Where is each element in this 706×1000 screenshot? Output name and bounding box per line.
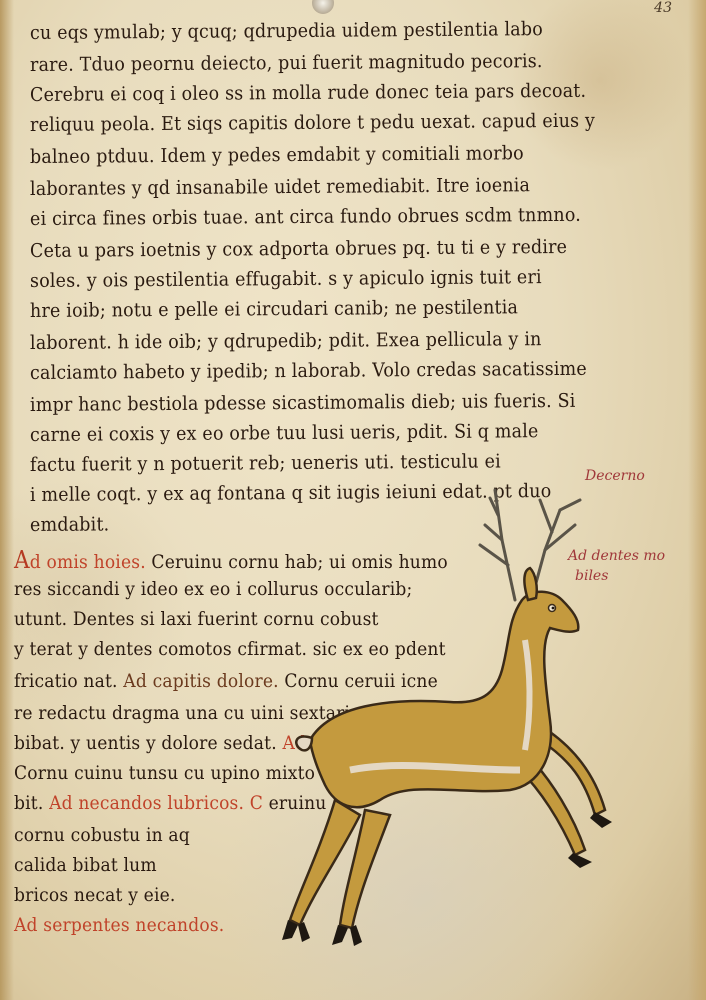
text-span: calida bibat lum [14,854,157,876]
text-line: cu eqs ymulab; y qcuq; qdrupedia uidem p… [30,18,543,44]
text-line: soles. y ois pestilentia effugabit. s y … [30,266,542,292]
text-span: cornu cobustu in aq [14,824,190,846]
text-line: impr hanc bestiola pdesse sicastimomalis… [30,390,576,416]
text-span: utunt. [14,608,73,630]
stag-illustration [240,470,680,970]
text-line: calciamto habeto y ipedib; n laborab. Vo… [30,358,587,384]
text-line: hre ioib; notu e pelle ei circudari cani… [30,296,518,322]
manuscript-page: 43 cu eqs ymulab; y qcuq; qdrupedia uide… [0,0,706,1000]
text-line: emdabit. [30,513,110,536]
page-edge-left [0,0,14,1000]
text-line: bricos necat y eie. [14,884,176,906]
text-span: fricatio nat. [14,670,123,692]
text-line: carne ei coxis y ex eo orbe tuu lusi uer… [30,420,539,446]
rubric-text: Ad necandos lubri [49,792,209,814]
text-line: Ceta u pars ioetnis y cox adporta obrues… [30,236,567,262]
text-span: bit. [14,792,49,814]
page-edge-right [688,0,706,1000]
folio-number: 43 [654,0,672,16]
text-line: balneo ptduu. Idem y pedes emdabit y com… [30,142,524,168]
initial-letter: A [14,546,30,574]
text-span: bricos necat y eie. [14,884,176,906]
binding-hole [312,0,334,14]
stag-body [290,568,605,928]
text-line: laborent. h ide oib; y qdrupedib; pdit. … [30,328,542,354]
text-line: Ad serpentes necandos. [14,914,224,936]
text-line: calida bibat lum [14,854,157,876]
rubric-text: Ad serpentes necandos. [14,914,224,936]
text-line: rare. Tduo peornu deiecto, pui fuerit ma… [30,50,543,76]
text-line: ei circa fines orbis tuae. ant circa fun… [30,204,581,230]
text-line: cornu cobustu in aq [14,824,190,846]
text-line: laborantes y qd insanabile uidet remedia… [30,174,530,200]
text-line: Cerebru ei coq i oleo ss in molla rude d… [30,80,586,106]
rubric-text: d omis hoies. [30,551,152,573]
text-line: reliquu peola. Et siqs capitis dolore t … [30,110,595,136]
